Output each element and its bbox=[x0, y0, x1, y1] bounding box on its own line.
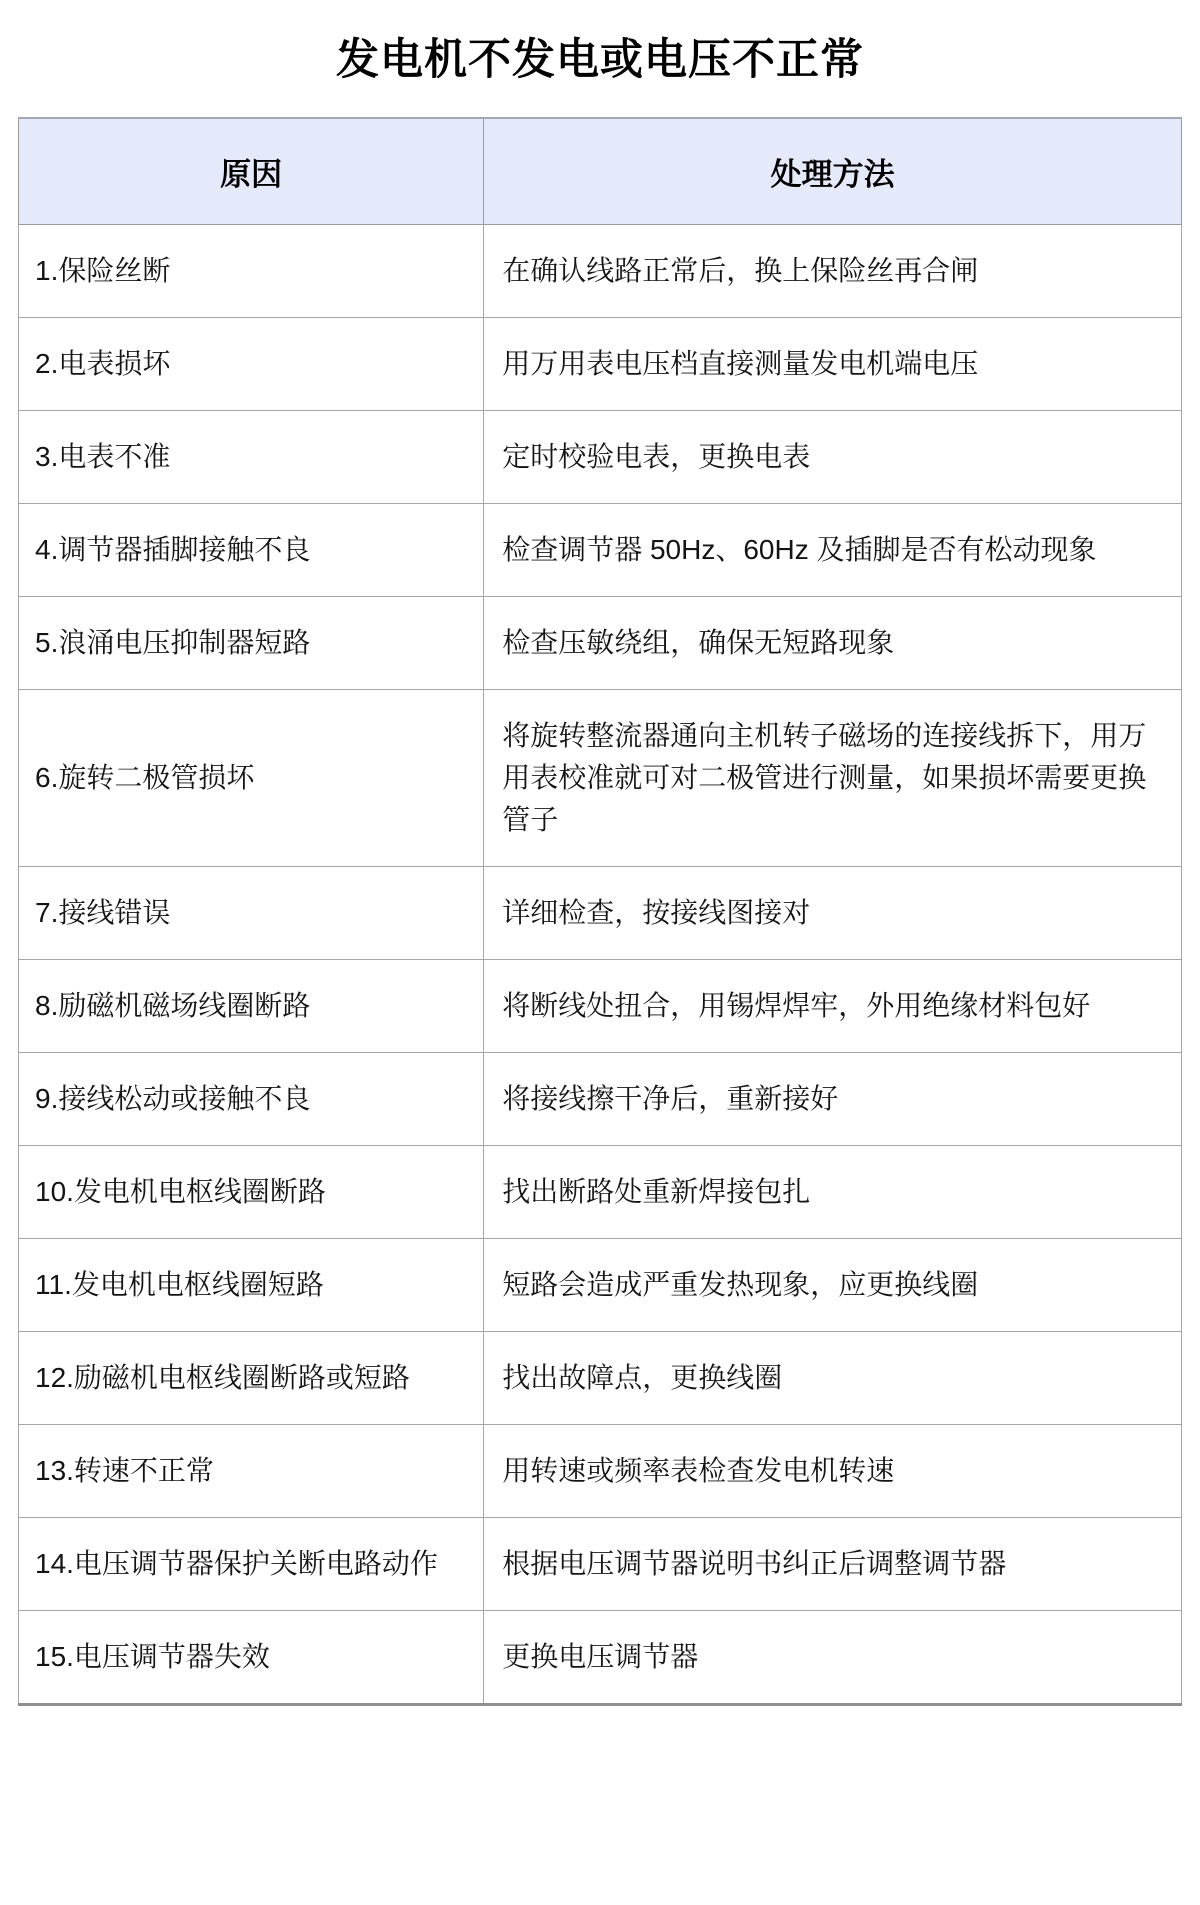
column-header-cause: 原因 bbox=[19, 118, 484, 225]
cause-cell: 13.转速不正常 bbox=[19, 1425, 484, 1518]
cause-cell: 9.接线松动或接触不良 bbox=[19, 1053, 484, 1146]
cause-cell: 15.电压调节器失效 bbox=[19, 1611, 484, 1705]
table-row: 9.接线松动或接触不良将接线擦干净后，重新接好 bbox=[19, 1053, 1182, 1146]
remedy-cell: 用转速或频率表检查发电机转速 bbox=[484, 1425, 1182, 1518]
table-row: 7.接线错误详细检查，按接线图接对 bbox=[19, 867, 1182, 960]
table-row: 2.电表损坏用万用表电压档直接测量发电机端电压 bbox=[19, 318, 1182, 411]
table-header: 原因 处理方法 bbox=[19, 118, 1182, 225]
table-body: 1.保险丝断在确认线路正常后，换上保险丝再合闸2.电表损坏用万用表电压档直接测量… bbox=[19, 225, 1182, 1705]
table-row: 5.浪涌电压抑制器短路检查压敏绕组，确保无短路现象 bbox=[19, 597, 1182, 690]
cause-cell: 11.发电机电枢线圈短路 bbox=[19, 1239, 484, 1332]
column-header-remedy: 处理方法 bbox=[484, 118, 1182, 225]
remedy-cell: 找出断路处重新焊接包扎 bbox=[484, 1146, 1182, 1239]
header-row: 原因 处理方法 bbox=[19, 118, 1182, 225]
cause-cell: 14.电压调节器保护关断电路动作 bbox=[19, 1518, 484, 1611]
remedy-cell: 检查压敏绕组，确保无短路现象 bbox=[484, 597, 1182, 690]
table-row: 13.转速不正常用转速或频率表检查发电机转速 bbox=[19, 1425, 1182, 1518]
table-row: 8.励磁机磁场线圈断路将断线处扭合，用锡焊焊牢，外用绝缘材料包好 bbox=[19, 960, 1182, 1053]
remedy-cell: 检查调节器 50Hz、60Hz 及插脚是否有松动现象 bbox=[484, 504, 1182, 597]
page: 发电机不发电或电压不正常 原因 处理方法 1.保险丝断在确认线路正常后，换上保险… bbox=[0, 0, 1200, 1905]
table-row: 14.电压调节器保护关断电路动作根据电压调节器说明书纠正后调整调节器 bbox=[19, 1518, 1182, 1611]
remedy-cell: 将接线擦干净后，重新接好 bbox=[484, 1053, 1182, 1146]
remedy-cell: 详细检查，按接线图接对 bbox=[484, 867, 1182, 960]
remedy-cell: 找出故障点，更换线圈 bbox=[484, 1332, 1182, 1425]
cause-cell: 5.浪涌电压抑制器短路 bbox=[19, 597, 484, 690]
remedy-cell: 更换电压调节器 bbox=[484, 1611, 1182, 1705]
cause-cell: 3.电表不准 bbox=[19, 411, 484, 504]
table-row: 12.励磁机电枢线圈断路或短路找出故障点，更换线圈 bbox=[19, 1332, 1182, 1425]
table-row: 10.发电机电枢线圈断路找出断路处重新焊接包扎 bbox=[19, 1146, 1182, 1239]
remedy-cell: 将旋转整流器通向主机转子磁场的连接线拆下，用万用表校准就可对二极管进行测量，如果… bbox=[484, 690, 1182, 867]
table-row: 15.电压调节器失效更换电压调节器 bbox=[19, 1611, 1182, 1705]
cause-cell: 6.旋转二极管损坏 bbox=[19, 690, 484, 867]
remedy-cell: 用万用表电压档直接测量发电机端电压 bbox=[484, 318, 1182, 411]
cause-cell: 7.接线错误 bbox=[19, 867, 484, 960]
table-row: 4.调节器插脚接触不良检查调节器 50Hz、60Hz 及插脚是否有松动现象 bbox=[19, 504, 1182, 597]
remedy-cell: 定时校验电表，更换电表 bbox=[484, 411, 1182, 504]
remedy-cell: 根据电压调节器说明书纠正后调整调节器 bbox=[484, 1518, 1182, 1611]
table-row: 6.旋转二极管损坏将旋转整流器通向主机转子磁场的连接线拆下，用万用表校准就可对二… bbox=[19, 690, 1182, 867]
remedy-cell: 在确认线路正常后，换上保险丝再合闸 bbox=[484, 225, 1182, 318]
fault-table: 原因 处理方法 1.保险丝断在确认线路正常后，换上保险丝再合闸2.电表损坏用万用… bbox=[18, 117, 1182, 1706]
cause-cell: 10.发电机电枢线圈断路 bbox=[19, 1146, 484, 1239]
remedy-cell: 短路会造成严重发热现象，应更换线圈 bbox=[484, 1239, 1182, 1332]
table-row: 3.电表不准定时校验电表，更换电表 bbox=[19, 411, 1182, 504]
cause-cell: 8.励磁机磁场线圈断路 bbox=[19, 960, 484, 1053]
cause-cell: 1.保险丝断 bbox=[19, 225, 484, 318]
table-row: 11.发电机电枢线圈短路短路会造成严重发热现象，应更换线圈 bbox=[19, 1239, 1182, 1332]
cause-cell: 2.电表损坏 bbox=[19, 318, 484, 411]
table-row: 1.保险丝断在确认线路正常后，换上保险丝再合闸 bbox=[19, 225, 1182, 318]
page-title: 发电机不发电或电压不正常 bbox=[0, 0, 1200, 117]
remedy-cell: 将断线处扭合，用锡焊焊牢，外用绝缘材料包好 bbox=[484, 960, 1182, 1053]
cause-cell: 4.调节器插脚接触不良 bbox=[19, 504, 484, 597]
cause-cell: 12.励磁机电枢线圈断路或短路 bbox=[19, 1332, 484, 1425]
